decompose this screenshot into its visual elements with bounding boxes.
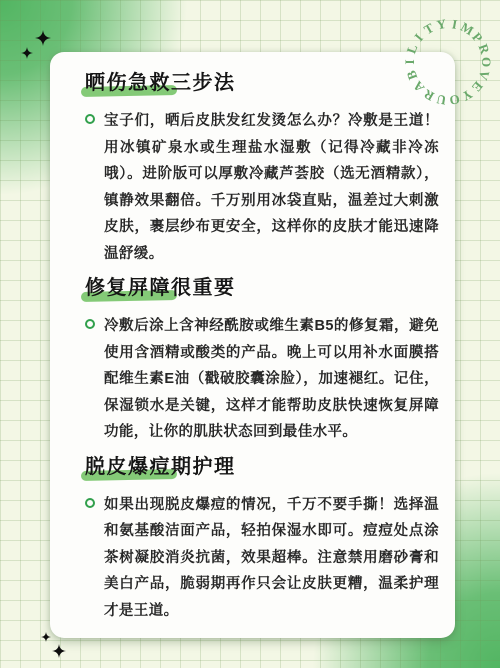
circle-outline-icon xyxy=(85,114,95,124)
section-heading-text: 晒伤急救三步法 xyxy=(85,72,236,94)
sparkle-icon xyxy=(35,30,51,46)
section-heading: 修复屏障很重要 xyxy=(85,275,236,301)
section-body-text: 如果出现脱皮爆痘的情况，千万不要手撕！选择温和氨基酸洁面产品，轻拍保湿水即可。痘… xyxy=(104,492,439,625)
section-body-text: 宝子们，晒后皮肤发红发烫怎么办？冷敷是王道！用冰镇矿泉水或生理盐水湿敷（记得冷藏… xyxy=(104,108,439,267)
sparkle-icon xyxy=(41,632,51,642)
section-heading-text: 修复屏障很重要 xyxy=(85,277,236,299)
sparkle-icon xyxy=(52,644,66,658)
content-card: 晒伤急救三步法 宝子们，晒后皮肤发红发烫怎么办？冷敷是王道！用冰镇矿泉水或生理盐… xyxy=(50,52,455,638)
section-heading: 脱皮爆痘期护理 xyxy=(85,454,236,480)
section-heading: 晒伤急救三步法 xyxy=(85,70,236,96)
section-body-text: 冷敷后涂上含神经酰胺或维生素B5的修复霜，避免使用含酒精或酸类的产品。晚上可以用… xyxy=(104,313,439,446)
section-peeling-acne-care: 脱皮爆痘期护理 如果出现脱皮爆痘的情况，千万不要手撕！选择温和氨基酸洁面产品，轻… xyxy=(85,454,439,625)
circle-outline-icon xyxy=(85,498,95,508)
sparkle-icon xyxy=(21,47,33,59)
circle-outline-icon xyxy=(85,319,95,329)
bullet-item: 冷敷后涂上含神经酰胺或维生素B5的修复霜，避免使用含酒精或酸类的产品。晚上可以用… xyxy=(85,313,439,446)
section-barrier-repair: 修复屏障很重要 冷敷后涂上含神经酰胺或维生素B5的修复霜，避免使用含酒精或酸类的… xyxy=(85,275,439,446)
note-page: 晒伤急救三步法 宝子们，晒后皮肤发红发烫怎么办？冷敷是王道！用冰镇矿泉水或生理盐… xyxy=(0,0,500,668)
bullet-item: 如果出现脱皮爆痘的情况，千万不要手撕！选择温和氨基酸洁面产品，轻拍保湿水即可。痘… xyxy=(85,492,439,625)
bullet-item: 宝子们，晒后皮肤发红发烫怎么办？冷敷是王道！用冰镇矿泉水或生理盐水湿敷（记得冷藏… xyxy=(85,108,439,267)
section-heading-text: 脱皮爆痘期护理 xyxy=(85,456,236,478)
section-sunburn-first-aid: 晒伤急救三步法 宝子们，晒后皮肤发红发烫怎么办？冷敷是王道！用冰镇矿泉水或生理盐… xyxy=(85,70,439,267)
